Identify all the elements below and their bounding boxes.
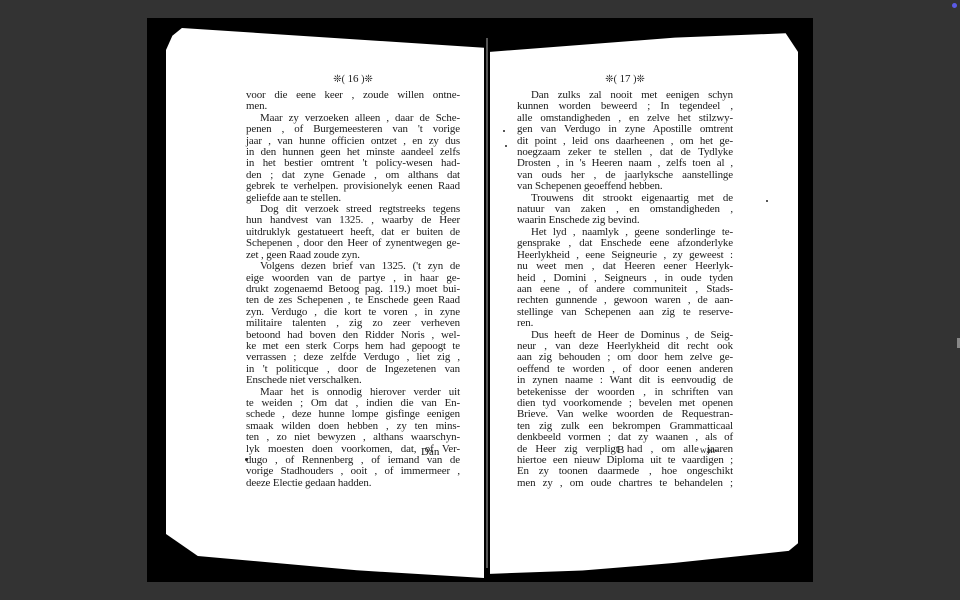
text-line: denkbeeld vormen ; dat zy waanen , als o… <box>517 432 733 443</box>
text-line: ten , zo niet bewyzen , althans waarschy… <box>246 432 460 443</box>
right-page-body: Dan zulks zal nooit met eenigen schynkun… <box>517 90 733 489</box>
ornament-icon: )❊ <box>633 74 645 85</box>
catchword: Dan <box>421 446 439 458</box>
text-line: in zynen naame : Want dit is eenvoudig d… <box>517 375 733 386</box>
text-line: ten de zes Schepenen , te Enschede geen … <box>246 295 460 306</box>
catchword: wan- <box>700 445 718 455</box>
text-line: gebrek te verhelpen. provisionelyk eenen… <box>246 181 460 192</box>
scan-speck <box>766 200 768 202</box>
text-line: gensprake , dat Enschede eene afzonderly… <box>517 238 733 249</box>
scan-speck <box>245 458 248 461</box>
text-line: deeze Electie gedaan hadden. <box>246 478 460 489</box>
text-line: Volgens dezen brief van 1325. ('t zyn de <box>246 261 460 272</box>
left-page-header: ❊( 16 )❊ <box>246 74 460 86</box>
page-number: 17 <box>620 73 631 85</box>
scan-border <box>493 22 813 32</box>
scan-speck <box>503 130 505 132</box>
right-page-text: ❊( 17 )❊ Dan zulks zal nooit met eenigen… <box>517 74 733 489</box>
ornament-icon: )❊ <box>361 74 373 85</box>
page-number: 16 <box>348 73 359 85</box>
ornament-icon: ❊( <box>333 74 345 85</box>
status-indicator-icon <box>952 3 957 8</box>
text-line: Schepenen , door den Heer of zynentwegen… <box>246 238 460 249</box>
gutter-line <box>486 38 488 568</box>
right-page-header: ❊( 17 )❊ <box>517 74 733 86</box>
text-line: gen van Verdugo in zyne Apostille omtren… <box>517 124 733 135</box>
left-page-text: ❊( 16 )❊ voor die eene keer , zoude will… <box>246 74 460 489</box>
ornament-icon: ❊( <box>605 74 617 85</box>
scan-speck <box>505 145 507 147</box>
text-line: voor die eene keer , zoude willen ontne- <box>246 90 460 101</box>
text-line: nu weet men , dat Heeren eener Heerlyk- <box>517 261 733 272</box>
text-line: van Schepenen geoeffend hebben. <box>517 181 733 192</box>
signature-mark: B <box>617 444 624 456</box>
text-line: stellinge van Schepenen aan zig te reser… <box>517 307 733 318</box>
text-line: Enschede niet verschalken. <box>246 375 460 386</box>
text-line: penen , of Burgemeesteren van 't vorige <box>246 124 460 135</box>
left-page-body: voor die eene keer , zoude willen ontne-… <box>246 90 460 489</box>
text-line: militaire talenten , zig zo zeer verheve… <box>246 318 460 329</box>
text-line: ren. <box>517 318 733 329</box>
text-line: men zy , om oude chartres te behandelen … <box>517 478 733 489</box>
text-line: rechten gunnende , gewoon waren , de aan… <box>517 295 733 306</box>
